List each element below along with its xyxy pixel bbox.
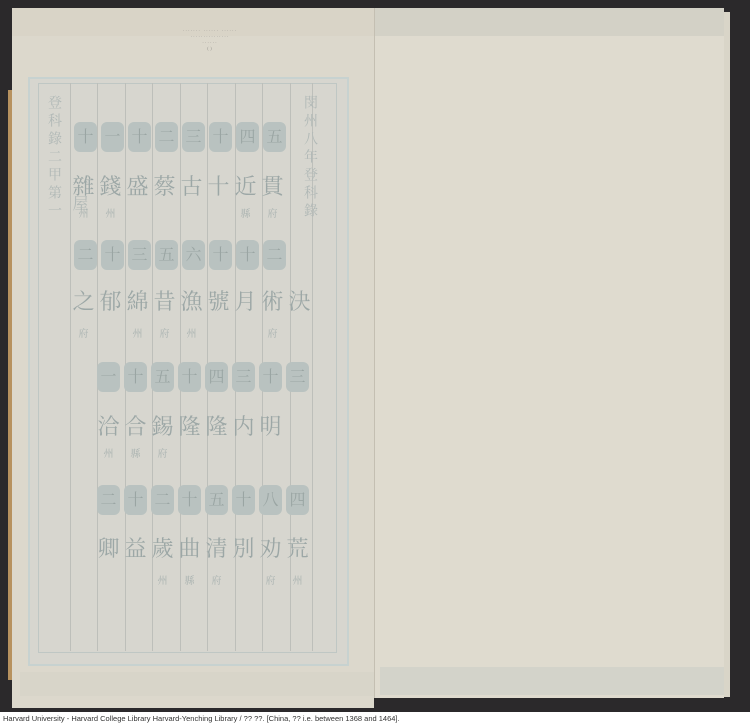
circled-number: 三 (128, 240, 151, 270)
left-bottom-strip (20, 672, 374, 696)
circled-number: 五 (205, 485, 228, 515)
circled-number: 十 (124, 485, 147, 515)
circled-number: 十 (232, 485, 255, 515)
circled-number-row: 四 八 十 五 十 二 十 二 (95, 485, 311, 515)
circled-number: 五 (263, 122, 286, 152)
page-marker: () (150, 46, 270, 52)
name-char: 古 (178, 170, 205, 201)
annotation-row: 府州府州府 (70, 325, 286, 340)
name-char: 蔡 (151, 170, 178, 201)
right-top-strip (374, 8, 724, 36)
name-char: 曲 (176, 532, 203, 563)
name-char: 荒 (284, 532, 311, 563)
circled-number: 十 (178, 485, 201, 515)
circled-number: 十 (209, 240, 232, 270)
circled-number-row: 二 十 十 六 五 三 十 二 (72, 240, 288, 270)
name-char: 貫 (259, 170, 286, 201)
circled-number: 八 (259, 485, 282, 515)
name-char: 十 (205, 170, 232, 201)
name-char: 内 (230, 410, 257, 441)
name-char: 明 (257, 410, 284, 441)
circled-number: 十 (259, 362, 282, 392)
right-page-blank (374, 8, 724, 698)
circled-number: 五 (155, 240, 178, 270)
circled-number: 二 (97, 485, 120, 515)
name-row: 明 内 隆 隆 錫 合 洽 (95, 410, 284, 441)
circled-number-row: 五 四 十 三 二 十 一 十 (72, 122, 288, 152)
name-char: 號 (205, 285, 232, 316)
right-bottom-strip (380, 667, 728, 695)
annotation-row: 州府府縣州 (95, 572, 311, 587)
annotation-row: 府縣州 (95, 445, 284, 460)
name-row: 決 術 月 號 漁 昔 綿 郁 之 (70, 285, 313, 316)
page-seam (374, 8, 375, 698)
name-char: 雜 (70, 170, 97, 201)
circled-number: 二 (263, 240, 286, 270)
circled-number: 十 (101, 240, 124, 270)
circled-number: 三 (232, 362, 255, 392)
name-char: 近 (232, 170, 259, 201)
name-char: 清 (203, 532, 230, 563)
name-char: 盛 (124, 170, 151, 201)
name-char: 昔 (151, 285, 178, 316)
column-rule (70, 83, 71, 651)
circled-number: 十 (124, 362, 147, 392)
name-char: 別 (230, 532, 257, 563)
name-row: 荒 劝 別 清 曲 歲 益 卿 (95, 532, 311, 563)
circled-number: 十 (128, 122, 151, 152)
circled-number: 十 (74, 122, 97, 152)
name-char: 劝 (257, 532, 284, 563)
circled-number: 五 (151, 362, 174, 392)
name-char: 郁 (97, 285, 124, 316)
circled-number: 一 (97, 362, 120, 392)
circled-number: 十 (178, 362, 201, 392)
name-char: 綿 (124, 285, 151, 316)
name-char: 歲 (149, 532, 176, 563)
name-char: 錫 (149, 410, 176, 441)
circled-number: 十 (209, 122, 232, 152)
circled-number: 三 (286, 362, 309, 392)
circled-number: 四 (236, 122, 259, 152)
circled-number: 六 (182, 240, 205, 270)
name-char: 卿 (95, 532, 122, 563)
circled-number: 二 (151, 485, 174, 515)
circled-number: 十 (236, 240, 259, 270)
left-margin-column: 登科錄二甲第一 (44, 95, 64, 221)
name-row: 貫 近 十 古 蔡 盛 錢 雜 (70, 170, 286, 201)
circled-number: 二 (74, 240, 97, 270)
library-caption: Harvard University - Harvard College Lib… (3, 714, 400, 723)
name-char: 隆 (176, 410, 203, 441)
name-char: 決 (286, 285, 313, 316)
name-char: 漁 (178, 285, 205, 316)
page-header: ······· ······ ······ ··············· ··… (150, 28, 270, 52)
name-char: 隆 (203, 410, 230, 441)
name-char: 月 (232, 285, 259, 316)
name-char: 術 (259, 285, 286, 316)
right-page-edge (724, 12, 730, 697)
name-char: 洽 (95, 410, 122, 441)
name-char: 益 (122, 532, 149, 563)
circled-number: 四 (286, 485, 309, 515)
circled-number-row: 三 十 三 四 十 五 十 一 (95, 362, 311, 392)
annotation-row: 府縣州州 (70, 205, 286, 220)
circled-number: 一 (101, 122, 124, 152)
circled-number: 二 (155, 122, 178, 152)
name-char: 錢 (97, 170, 124, 201)
name-char: 合 (122, 410, 149, 441)
circled-number: 四 (205, 362, 228, 392)
title-column: 閔州八年登科錄 (300, 95, 320, 221)
circled-number: 三 (182, 122, 205, 152)
name-char: 之 (70, 285, 97, 316)
